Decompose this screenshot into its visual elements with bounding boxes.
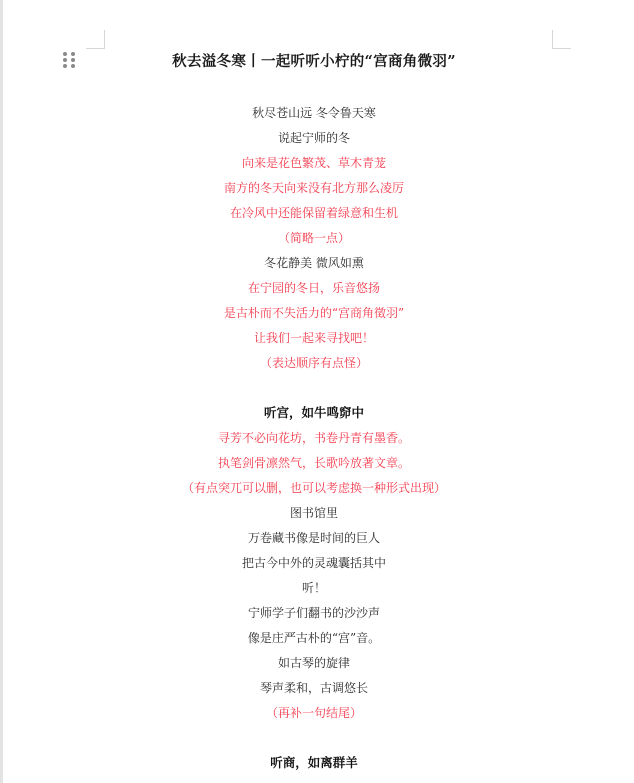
poem-line[interactable]: 说起宁师的冬 — [0, 128, 631, 153]
poem-line[interactable]: 如古琴的旋律 — [0, 653, 631, 678]
poem-line[interactable]: 宁师学子们翻书的沙沙声 — [0, 603, 631, 628]
poem-line[interactable]: 执笔剑骨凛然气，长歌吟放著文章。 — [0, 453, 631, 478]
poem-line[interactable]: 在冷风中还能保留着绿意和生机 — [0, 203, 631, 228]
poem-line[interactable]: 让我们一起来寻找吧！ — [0, 328, 631, 353]
poem-line[interactable]: 冬花静美 微风如熏 — [0, 253, 631, 278]
poem-line[interactable]: 南方的冬天向来没有北方那么凌厉 — [0, 178, 631, 203]
document-title[interactable]: 秋去溢冬寒丨一起听听小柠的“宫商角微羽” — [0, 52, 631, 72]
section-heading-gong[interactable]: 听宫，如牛鸣窌中 — [0, 403, 631, 428]
poem-line[interactable]: 图书馆里 — [0, 503, 631, 528]
editor-comment[interactable]: （简略一点） — [0, 228, 631, 253]
poem-line[interactable]: 琴声柔和，古调悠长 — [0, 678, 631, 703]
poem-line[interactable]: 向来是花色繁茂、草木青茏 — [0, 153, 631, 178]
poem-line[interactable]: 寻芳不必向花坊，书卷丹青有墨香。 — [0, 428, 631, 453]
section-heading-shang[interactable]: 听商，如离群羊 — [0, 753, 631, 778]
editor-comment[interactable]: （有点突兀可以删，也可以考虑换一种形式出现） — [0, 478, 631, 503]
poem-line[interactable]: 是古朴而不失活力的“宫商角徵羽” — [0, 303, 631, 328]
poem-line[interactable]: 听！ — [0, 578, 631, 603]
poem-line[interactable]: 在宁园的冬日，乐音悠扬 — [0, 278, 631, 303]
editor-comment[interactable]: （表达顺序有点怪） — [0, 353, 631, 378]
poem-line[interactable]: 像是庄严古朴的“宫”音。 — [0, 628, 631, 653]
margin-corner-top-left — [86, 30, 105, 49]
margin-corner-top-right — [552, 30, 571, 49]
poem-line[interactable]: 把古今中外的灵魂囊括其中 — [0, 553, 631, 578]
blank-line[interactable] — [0, 378, 631, 403]
document-body[interactable]: 秋尽苍山远 冬令鲁天寒 说起宁师的冬 向来是花色繁茂、草木青茏 南方的冬天向来没… — [0, 103, 631, 778]
blank-line[interactable] — [0, 728, 631, 753]
poem-line[interactable]: 万卷藏书像是时间的巨人 — [0, 528, 631, 553]
poem-line[interactable]: 秋尽苍山远 冬令鲁天寒 — [0, 103, 631, 128]
editor-comment[interactable]: （再补一句结尾） — [0, 703, 631, 728]
